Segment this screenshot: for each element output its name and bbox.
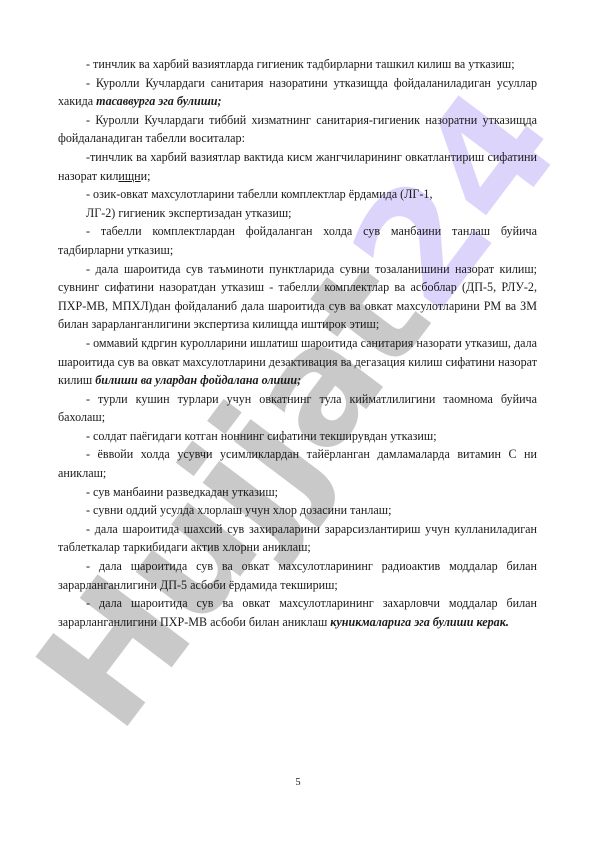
paragraph-text: - сув манбаини разведкадан утказиш;: [86, 485, 278, 499]
paragraph: - Куролли Кучлардаги тиббий хизматнинг с…: [58, 111, 537, 148]
paragraph: - сув манбаини разведкадан утказиш;: [58, 483, 537, 502]
paragraph: - тинчлик ва харбий вазиятларда гигиеник…: [58, 55, 537, 74]
paragraph: -тинчлик ва харбий вазиятлар вактида кис…: [58, 148, 537, 185]
emphasis-text: куникмаларига эга булиши керак.: [330, 615, 509, 629]
underlined-text: ищн: [118, 169, 140, 183]
page-number: 5: [0, 777, 596, 788]
paragraph-text: - сувни оддий усулда хлорлаш учун хлор д…: [86, 503, 391, 517]
emphasis-text: тасаввурга эга булиши;: [96, 94, 221, 108]
paragraph: - дала шароитида сув ва овкат махсулотла…: [58, 594, 537, 631]
paragraph-text: - озик-овкат махсулотларини табелли комп…: [86, 187, 433, 201]
document-page: Hujjat24 - тинчлик ва харбий вазиятларда…: [0, 0, 596, 842]
paragraph: - дала шароитида шахсий сув захираларини…: [58, 520, 537, 557]
paragraph-text: - Куролли Кучлардаги тиббий хизматнинг с…: [58, 113, 537, 146]
paragraph-text: - солдат паёгидаги котган ноннинг сифати…: [86, 429, 437, 443]
paragraph-text: - дала шароитида шахсий сув захираларини…: [58, 522, 537, 555]
document-body: - тинчлик ва харбий вазиятларда гигиеник…: [58, 55, 537, 631]
paragraph: - дала шароитида сув ва овкат махсулотла…: [58, 557, 537, 594]
paragraph: - дала шароитида сув таъминоти пунктлари…: [58, 260, 537, 334]
paragraph-text: ЛГ-2) гигиеник экспертизадан утказиш;: [86, 206, 292, 220]
paragraph: - озик-овкат махсулотларини табелли комп…: [58, 185, 537, 204]
paragraph: - Куролли Кучлардаги санитария назоратин…: [58, 74, 537, 111]
emphasis-text: билиши ва улардан фойдалана олиши;: [95, 373, 301, 387]
paragraph-text: - дала шароитида сув таъминоти пунктлари…: [58, 262, 537, 332]
paragraph-text: - ёввойи холда усувчи усимликлардан тайё…: [58, 447, 537, 480]
paragraph: - турли кушин турлари учун овкатнинг тул…: [58, 390, 537, 427]
paragraph: - ёввойи холда усувчи усимликлардан тайё…: [58, 445, 537, 482]
paragraph: - солдат паёгидаги котган ноннинг сифати…: [58, 427, 537, 446]
paragraph-text: - турли кушин турлари учун овкатнинг тул…: [58, 392, 537, 425]
paragraph: - оммавий кдргин куролларини ишлатиш шар…: [58, 334, 537, 390]
paragraph-text-after: и;: [141, 169, 151, 183]
paragraph: ЛГ-2) гигиеник экспертизадан утказиш;: [58, 204, 537, 223]
paragraph: - табелли комплектлардан фойдаланган хол…: [58, 222, 537, 259]
paragraph-text: - тинчлик ва харбий вазиятларда гигиеник…: [86, 57, 515, 71]
paragraph-text: - табелли комплектлардан фойдаланган хол…: [58, 224, 537, 257]
paragraph-text: - дала шароитида сув ва овкат махсулотла…: [58, 559, 537, 592]
paragraph: - сувни оддий усулда хлорлаш учун хлор д…: [58, 501, 537, 520]
